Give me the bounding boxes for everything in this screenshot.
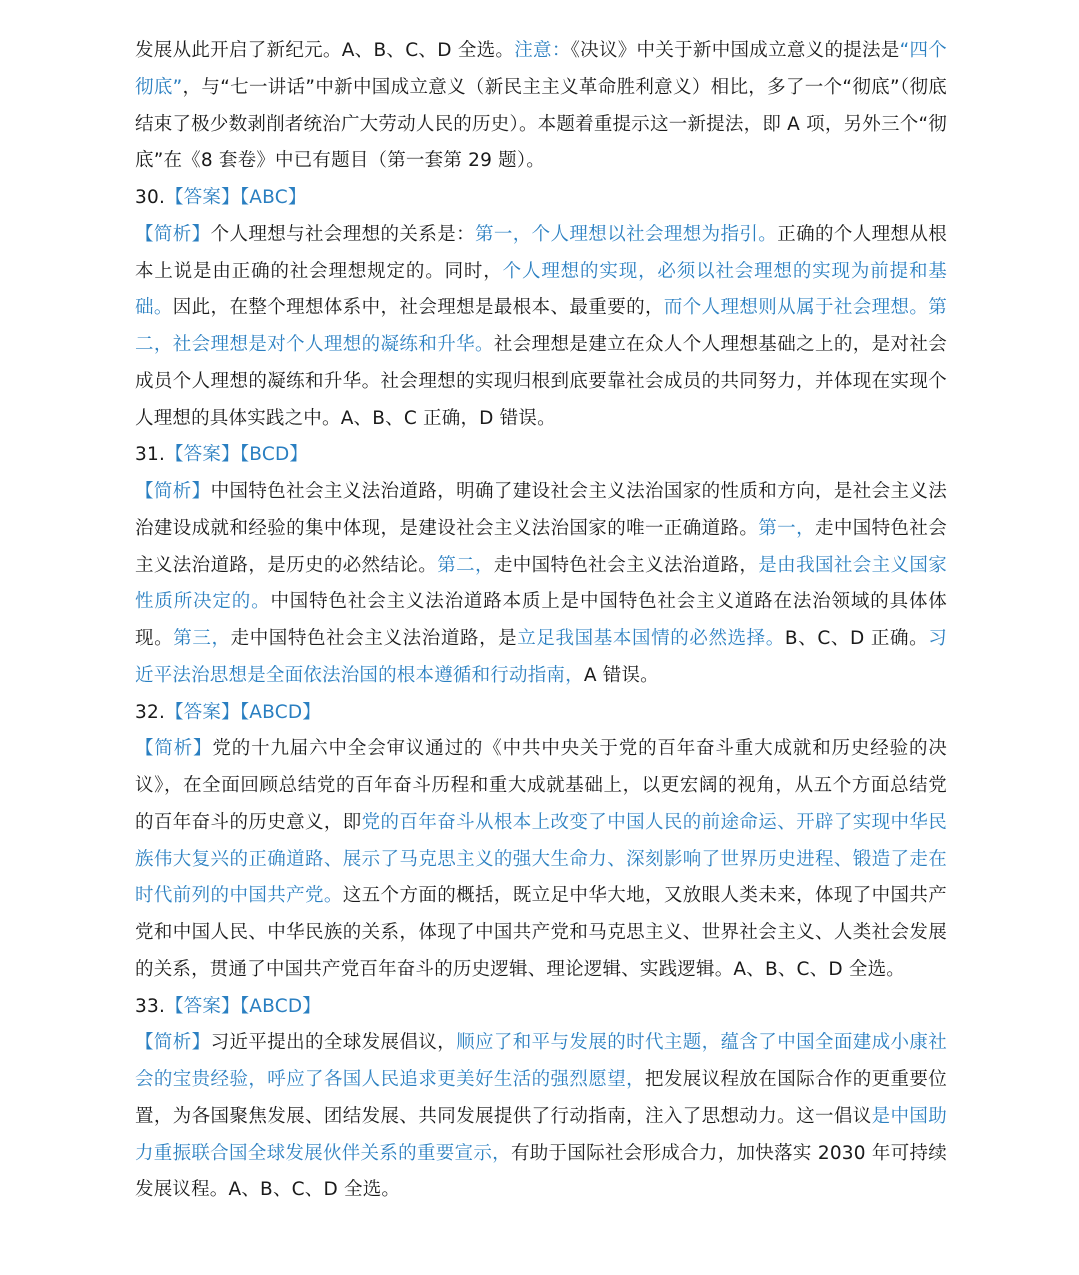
highlight-segment: 第一，个人理想以社会理想为指引。 xyxy=(475,224,777,245)
answer-value: 【ABCD】 xyxy=(240,702,321,723)
question-number: 32. xyxy=(135,702,165,723)
highlight-segment: 第二， xyxy=(437,555,494,576)
explanation-paragraph-30: 【简析】个人理想与社会理想的关系是：第一，个人理想以社会理想为指引。正确的个人理… xyxy=(135,217,947,438)
analysis-label: 【简析】 xyxy=(135,738,212,759)
text-segment: B、C、D 正确。 xyxy=(785,628,928,649)
analysis-label: 【简析】 xyxy=(135,1032,211,1053)
text-segment: 因此，在整个理想体系中，社会理想是最根本、最重要的， xyxy=(173,297,664,318)
note-label: 注意： xyxy=(514,40,570,61)
text-segment: ，与“七一讲话”中新中国成立意义（新民主主义革命胜利意义）相比，多了一个“彻底”… xyxy=(135,77,947,172)
question-number: 30. xyxy=(135,187,165,208)
answer-label: 【答案】 xyxy=(165,444,240,465)
answer-line-31: 31.【答案】【BCD】 xyxy=(135,437,947,474)
highlight-segment: 立足我国基本国情的必然选择。 xyxy=(517,628,785,649)
analysis-label: 【简析】 xyxy=(135,481,211,502)
answer-value: 【ABCD】 xyxy=(240,996,321,1017)
document-page: 发展从此开启了新纪元。A、B、C、D 全选。注意：《决议》中关于新中国成立意义的… xyxy=(135,33,947,1209)
explanation-paragraph-31: 【简析】中国特色社会主义法治道路，明确了建设社会主义法治国家的性质和方向，是社会… xyxy=(135,474,947,695)
question-number: 31. xyxy=(135,444,165,465)
highlight-segment: 第三， xyxy=(173,628,230,649)
question-number: 33. xyxy=(135,996,165,1017)
answer-line-33: 33.【答案】【ABCD】 xyxy=(135,989,947,1026)
answer-label: 【答案】 xyxy=(165,702,240,723)
answer-value: 【ABC】 xyxy=(240,187,307,208)
text-segment: 走中国特色社会主义法治道路， xyxy=(494,555,758,576)
analysis-label: 【简析】 xyxy=(135,224,211,245)
text-segment: 《决议》中关于新中国成立意义的提法是 xyxy=(571,40,900,61)
answer-line-32: 32.【答案】【ABCD】 xyxy=(135,695,947,732)
explanation-paragraph-33: 【简析】习近平提出的全球发展倡议，顺应了和平与发展的时代主题，蕴含了中国全面建成… xyxy=(135,1025,947,1209)
answer-label: 【答案】 xyxy=(165,187,240,208)
text-segment: 走中国特色社会主义法治道路，是 xyxy=(231,628,518,649)
highlight-segment: 第一， xyxy=(758,518,815,539)
answer-label: 【答案】 xyxy=(165,996,240,1017)
explanation-paragraph: 发展从此开启了新纪元。A、B、C、D 全选。注意：《决议》中关于新中国成立意义的… xyxy=(135,33,947,180)
answer-line-30: 30.【答案】【ABC】 xyxy=(135,180,947,217)
text-segment: 习近平提出的全球发展倡议， xyxy=(211,1032,457,1053)
text-segment: A 错误。 xyxy=(584,665,659,686)
text-segment: 发展从此开启了新纪元。A、B、C、D 全选。 xyxy=(135,40,514,61)
text-segment: 个人理想与社会理想的关系是： xyxy=(211,224,475,245)
explanation-paragraph-32: 【简析】党的十九届六中全会审议通过的《中共中央关于党的百年奋斗重大成就和历史经验… xyxy=(135,731,947,988)
answer-value: 【BCD】 xyxy=(240,444,308,465)
